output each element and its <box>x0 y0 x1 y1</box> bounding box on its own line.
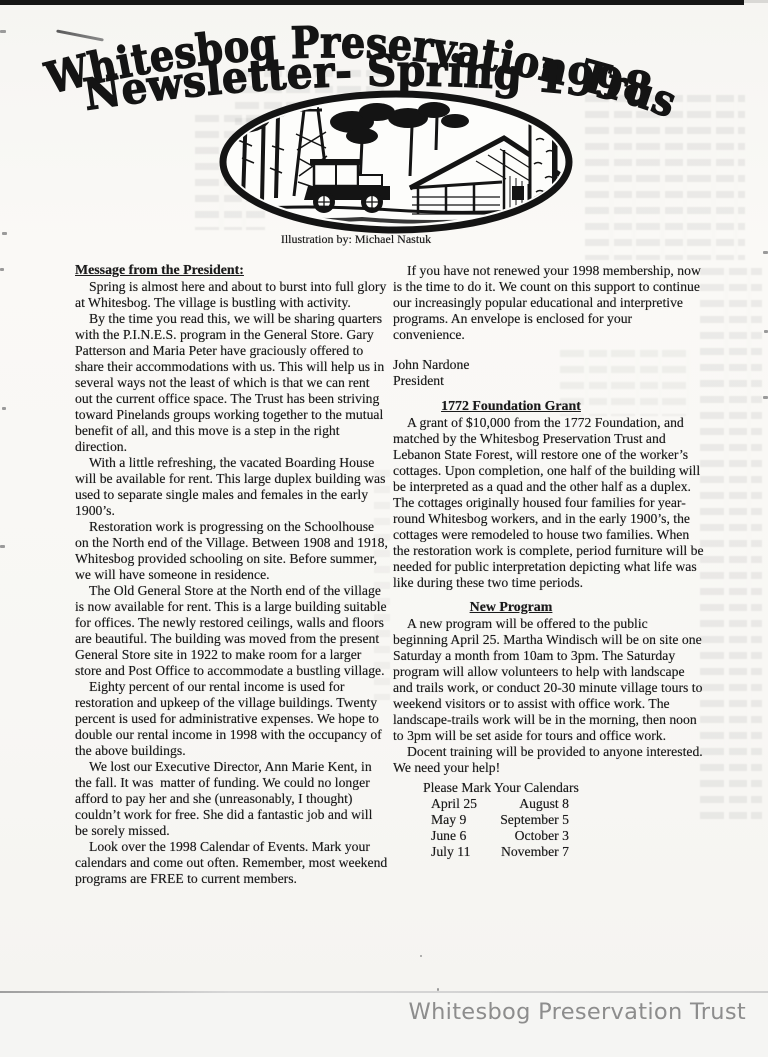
illustration-caption: Illustration by: Michael Nastuk <box>0 232 712 247</box>
calendar-date: May 9 <box>423 812 481 828</box>
paragraph: Look over the 1998 Calendar of Events. M… <box>75 839 388 887</box>
calendar-date: July 11 <box>423 844 481 860</box>
calendar-block: Please Mark Your Calendars April 25 Augu… <box>423 780 569 860</box>
paragraph: The Old General Store at the North end o… <box>75 583 388 679</box>
calendar-date: November 7 <box>481 844 569 860</box>
calendar-title: Please Mark Your Calendars <box>423 780 569 796</box>
calendar-row: June 6 October 3 <box>423 828 569 844</box>
calendar-row: July 11 November 7 <box>423 844 569 860</box>
scan-speck <box>0 268 4 271</box>
ink-bleed-through <box>700 268 762 828</box>
section-heading-1772-foundation-grant: 1772 Foundation Grant <box>393 399 629 415</box>
signature-block: John Nardone President <box>393 357 705 389</box>
calendar-date: September 5 <box>481 812 569 828</box>
signature-name: John Nardone <box>393 357 705 373</box>
scan-speck <box>2 407 6 410</box>
calendar-row: April 25 August 8 <box>423 796 569 812</box>
paragraph: We lost our Executive Director, Ann Mari… <box>75 759 388 839</box>
newsletter-scan-page: Whitesbog Preservation Trust Newsletter-… <box>0 0 768 991</box>
paragraph: Eighty percent of our rental income is u… <box>75 679 388 759</box>
paragraph: With a little refreshing, the vacated Bo… <box>75 455 388 519</box>
calendar-row: May 9 September 5 <box>423 812 569 828</box>
calendar-date: April 25 <box>423 796 481 812</box>
footer-label: Whitesbog Preservation Trust <box>409 999 746 1025</box>
paragraph: By the time you read this, we will be sh… <box>75 311 388 455</box>
paragraph: Restoration work is progressing on the S… <box>75 519 388 583</box>
left-column: Message from the President: Spring is al… <box>75 263 388 887</box>
scan-speck <box>763 251 768 254</box>
calendar-date: August 8 <box>481 796 569 812</box>
signature-title: President <box>393 373 705 389</box>
paragraph: Spring is almost here and about to burst… <box>75 279 388 311</box>
paragraph: A new program will be offered to the pub… <box>393 616 705 744</box>
scan-speck <box>0 545 5 548</box>
village-illustration <box>212 88 576 236</box>
section-heading-new-program: New Program <box>393 600 629 616</box>
paragraph: If you have not renewed your 1998 member… <box>393 263 705 343</box>
paragraph: A grant of $10,000 from the 1772 Foundat… <box>393 415 705 591</box>
scan-speck <box>763 396 768 399</box>
paragraph: Docent training will be provided to anyo… <box>393 744 705 776</box>
right-column: If you have not renewed your 1998 member… <box>393 263 705 860</box>
scan-speck <box>764 330 768 333</box>
calendar-date: June 6 <box>423 828 481 844</box>
calendar-date: October 3 <box>481 828 569 844</box>
scan-speck <box>420 955 422 957</box>
left-column-heading: Message from the President: <box>75 263 388 279</box>
